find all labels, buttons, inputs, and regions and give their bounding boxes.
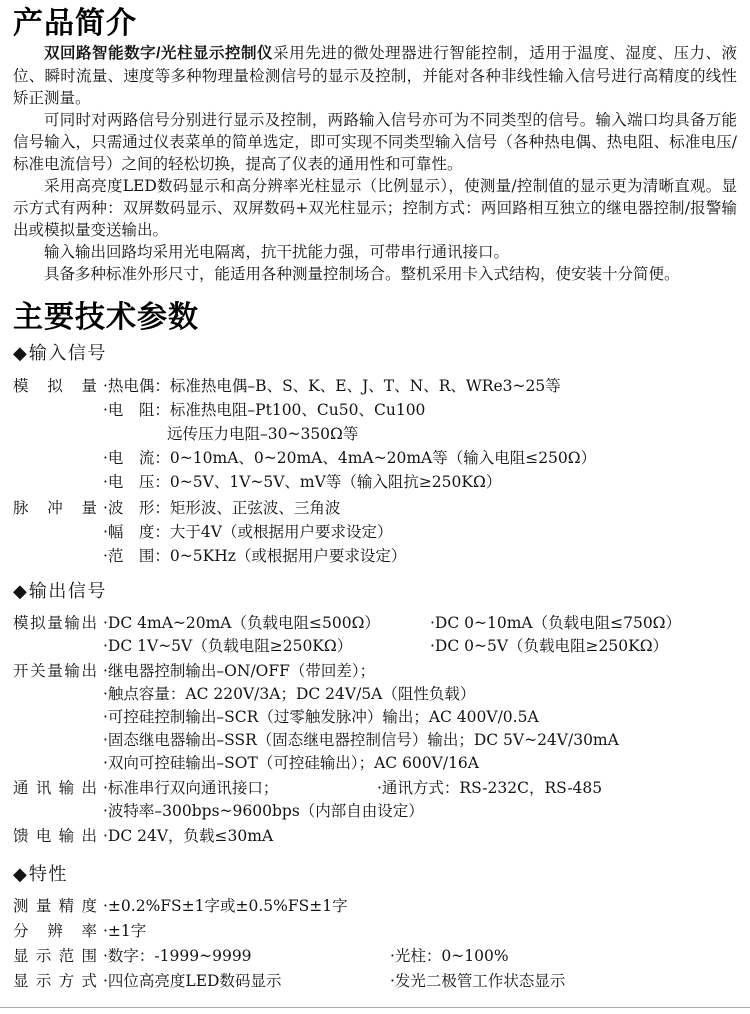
spec-group-pulse: 脉冲量 ·波 形：矩形波、正弦波、三角波 ·幅 度：大于4V（或根据用户要求设定… bbox=[13, 496, 737, 568]
spec-item-text: 远传压力电阻–30~350Ω等 bbox=[167, 422, 737, 446]
input-signal-heading: ◆输入信号 bbox=[13, 342, 737, 366]
spec-item: ·继电器控制输出–ON/OFF（带回差）； bbox=[103, 660, 737, 683]
spec-item-text: ·双向可控硅输出–SOT（可控硅输出）；AC 600V/16A bbox=[103, 752, 737, 775]
section-heading-label: 输出信号 bbox=[29, 581, 107, 602]
tech-params-title: 主要技术参数 bbox=[13, 300, 737, 336]
spec-group-accuracy: 测量精度 ·±0.2%FS±1字或±0.5%FS±1字 bbox=[13, 895, 737, 918]
spec-item: ·电 阻：标准热电阻–Pt100、Cu50、Cu100 bbox=[103, 398, 737, 422]
diamond-icon: ◆ bbox=[13, 343, 29, 364]
input-signal-section: ◆输入信号 模拟量 ·热电偶：标准热电偶–B、S、K、E、J、T、N、R、WRe… bbox=[13, 342, 737, 568]
spec-item: ·±1字 bbox=[103, 920, 737, 943]
spec-group-items: ·±0.2%FS±1字或±0.5%FS±1字 bbox=[103, 895, 737, 918]
spec-item: ·固态继电器输出–SSR（固态继电器控制信号）输出；DC 5V~24V/30mA bbox=[103, 729, 737, 752]
spec-item: ·电 压：0~5V、1V~5V、mV等（输入阻抗≥250KΩ） bbox=[103, 470, 737, 494]
spec-item-text: ·可控硅控制输出–SCR（过零触发脉冲）输出；AC 400V/0.5A bbox=[103, 706, 737, 729]
spec-group-label: 馈电输出 bbox=[13, 825, 97, 848]
spec-item-text: ·范 围：0~5KHz（或根据用户要求设定） bbox=[103, 544, 737, 568]
spec-item-text: ·DC 24V，负载≤30mA bbox=[103, 825, 737, 848]
spec-item: ·触点容量：AC 220V/3A；DC 24V/5A（阻性负载） bbox=[103, 683, 737, 706]
features-heading: ◆特性 bbox=[13, 863, 737, 887]
spec-group-items: ·DC 24V，负载≤30mA bbox=[103, 825, 737, 848]
spec-group-comm-output: 通讯输出 ·标准串行双向通讯接口； ·通讯方式：RS-232C，RS-485 ·… bbox=[13, 777, 737, 823]
spec-group-display-mode: 显示方式 ·四位高亮度LED数码显示 ·发光二极管工作状态显示 bbox=[13, 970, 737, 993]
spec-item-text-col2: ·发光二极管工作状态显示 bbox=[390, 970, 737, 993]
spec-group-items: ·标准串行双向通讯接口； ·通讯方式：RS-232C，RS-485 ·波特率–3… bbox=[103, 777, 737, 823]
spec-item-text: ·幅 度：大于4V（或根据用户要求设定） bbox=[103, 520, 737, 544]
spec-item-text: ·波 形：矩形波、正弦波、三角波 bbox=[103, 496, 737, 520]
features-section: ◆特性 测量精度 ·±0.2%FS±1字或±0.5%FS±1字 分辨率 ·±1字… bbox=[13, 863, 737, 993]
spec-group-label: 显示方式 bbox=[13, 970, 97, 993]
intro-section: 产品简介 双回路智能数字/光柱显示控制仪采用先进的微处理器进行智能控制，适用于温… bbox=[13, 6, 737, 285]
spec-item: ·双向可控硅输出–SOT（可控硅输出）；AC 600V/16A bbox=[103, 752, 737, 775]
spec-item-text: ·继电器控制输出–ON/OFF（带回差）； bbox=[103, 660, 737, 683]
spec-group-analog: 模拟量 ·热电偶：标准热电偶–B、S、K、E、J、T、N、R、WRe3~25等 … bbox=[13, 374, 737, 494]
spec-group-items: ·±1字 bbox=[103, 920, 737, 943]
spec-item-text: ·波特率–300bps~9600bps（内部自由设定） bbox=[103, 800, 737, 823]
section-heading-label: 输入信号 bbox=[29, 343, 107, 364]
spec-item: ·DC 4mA~20mA（负载电阻≤500Ω） ·DC 0~10mA（负载电阻≤… bbox=[103, 612, 737, 635]
spec-item-text: ·电 流：0~10mA、0~20mA、4mA~20mA等（输入电阻≤250Ω） bbox=[103, 446, 737, 470]
spec-item-text-col2: ·DC 0~10mA（负载电阻≤750Ω） bbox=[430, 612, 737, 635]
spec-item: ·热电偶：标准热电偶–B、S、K、E、J、T、N、R、WRe3~25等 bbox=[103, 374, 737, 398]
spec-item: ·标准串行双向通讯接口； ·通讯方式：RS-232C，RS-485 bbox=[103, 777, 737, 800]
spec-item: ·DC 24V，负载≤30mA bbox=[103, 825, 737, 848]
spec-item: ·DC 1V~5V（负载电阻≥250KΩ） ·DC 0~5V（负载电阻≥250K… bbox=[103, 635, 737, 658]
document-page: 产品简介 双回路智能数字/光柱显示控制仪采用先进的微处理器进行智能控制，适用于温… bbox=[0, 0, 750, 993]
spec-group-feed-output: 馈电输出 ·DC 24V，负载≤30mA bbox=[13, 825, 737, 848]
spec-group-label: 脉冲量 bbox=[13, 496, 97, 520]
spec-item: ·波特率–300bps~9600bps（内部自由设定） bbox=[103, 800, 737, 823]
spec-group-switch-output: 开关量输出 ·继电器控制输出–ON/OFF（带回差）； ·触点容量：AC 220… bbox=[13, 660, 737, 775]
spec-item-text-col2: ·通讯方式：RS-232C，RS-485 bbox=[377, 777, 737, 800]
intro-title: 产品简介 bbox=[13, 6, 737, 42]
spec-item: ·波 形：矩形波、正弦波、三角波 bbox=[103, 496, 737, 520]
spec-item-text-col2: ·光柱：0~100% bbox=[390, 945, 737, 968]
spec-item: ·四位高亮度LED数码显示 ·发光二极管工作状态显示 bbox=[103, 970, 737, 993]
output-signal-heading: ◆输出信号 bbox=[13, 580, 737, 604]
section-heading-label: 特性 bbox=[29, 864, 68, 885]
spec-item-text: ·数字：-1999~9999 bbox=[103, 945, 390, 968]
spec-item: ·电 流：0~10mA、0~20mA、4mA~20mA等（输入电阻≤250Ω） bbox=[103, 446, 737, 470]
spec-group-items: ·四位高亮度LED数码显示 ·发光二极管工作状态显示 bbox=[103, 970, 737, 993]
diamond-icon: ◆ bbox=[13, 864, 29, 885]
spec-item-text: ·标准串行双向通讯接口； bbox=[103, 777, 377, 800]
spec-item: ·幅 度：大于4V（或根据用户要求设定） bbox=[103, 520, 737, 544]
spec-item-text: ·电 压：0~5V、1V~5V、mV等（输入阻抗≥250KΩ） bbox=[103, 470, 737, 494]
intro-lead-paragraph: 双回路智能数字/光柱显示控制仪采用先进的微处理器进行智能控制，适用于温度、湿度、… bbox=[13, 42, 737, 109]
intro-paragraph: 采用高亮度LED数码显示和高分辨率光柱显示（比例显示），使测量/控制值的显示更为… bbox=[13, 175, 737, 241]
spec-group-label: 分辨率 bbox=[13, 920, 97, 943]
spec-group-label: 测量精度 bbox=[13, 895, 97, 918]
spec-group-label: 模拟量 bbox=[13, 374, 97, 398]
spec-item-text: ·电 阻：标准热电阻–Pt100、Cu50、Cu100 bbox=[103, 398, 737, 422]
spec-item-text: ·DC 4mA~20mA（负载电阻≤500Ω） bbox=[103, 612, 430, 635]
spec-item: ·±0.2%FS±1字或±0.5%FS±1字 bbox=[103, 895, 737, 918]
spec-group-label: 开关量输出 bbox=[13, 660, 97, 683]
product-name: 双回路智能数字/光柱显示控制仪 bbox=[44, 45, 273, 62]
spec-group-resolution: 分辨率 ·±1字 bbox=[13, 920, 737, 943]
page-bottom-divider bbox=[0, 1007, 750, 1008]
spec-group-analog-output: 模拟量输出 ·DC 4mA~20mA（负载电阻≤500Ω） ·DC 0~10mA… bbox=[13, 612, 737, 658]
output-signal-section: ◆输出信号 模拟量输出 ·DC 4mA~20mA（负载电阻≤500Ω） ·DC … bbox=[13, 580, 737, 848]
spec-group-label: 通讯输出 bbox=[13, 777, 97, 800]
intro-paragraph: 可同时对两路信号分别进行显示及控制，两路输入信号亦可为不同类型的信号。输入端口均… bbox=[13, 109, 737, 175]
intro-paragraph: 输入输出回路均采用光电隔离，抗干扰能力强，可带串行通讯接口。 bbox=[13, 241, 737, 263]
spec-item-text: ·±0.2%FS±1字或±0.5%FS±1字 bbox=[103, 895, 737, 918]
spec-group-label: 显示范围 bbox=[13, 945, 97, 968]
spec-item-text: ·触点容量：AC 220V/3A；DC 24V/5A（阻性负载） bbox=[103, 683, 737, 706]
spec-group-items: ·波 形：矩形波、正弦波、三角波 ·幅 度：大于4V（或根据用户要求设定） ·范… bbox=[103, 496, 737, 568]
spec-item-text: ·DC 1V~5V（负载电阻≥250KΩ） bbox=[103, 635, 430, 658]
spec-item-text: ·热电偶：标准热电偶–B、S、K、E、J、T、N、R、WRe3~25等 bbox=[103, 374, 737, 398]
intro-paragraph: 具备多种标准外形尺寸，能适用各种测量控制场合。整机采用卡入式结构，使安装十分简便… bbox=[13, 263, 737, 285]
spec-item: ·可控硅控制输出–SCR（过零触发脉冲）输出；AC 400V/0.5A bbox=[103, 706, 737, 729]
spec-item: ·数字：-1999~9999 ·光柱：0~100% bbox=[103, 945, 737, 968]
spec-item-text: ·四位高亮度LED数码显示 bbox=[103, 970, 390, 993]
spec-group-items: ·DC 4mA~20mA（负载电阻≤500Ω） ·DC 0~10mA（负载电阻≤… bbox=[103, 612, 737, 658]
spec-group-items: ·热电偶：标准热电偶–B、S、K、E、J、T、N、R、WRe3~25等 ·电 阻… bbox=[103, 374, 737, 494]
diamond-icon: ◆ bbox=[13, 581, 29, 602]
spec-item: ·范 围：0~5KHz（或根据用户要求设定） bbox=[103, 544, 737, 568]
spec-group-label: 模拟量输出 bbox=[13, 612, 97, 635]
spec-item-text-col2: ·DC 0~5V（负载电阻≥250KΩ） bbox=[430, 635, 737, 658]
spec-group-items: ·继电器控制输出–ON/OFF（带回差）； ·触点容量：AC 220V/3A；D… bbox=[103, 660, 737, 775]
spec-group-items: ·数字：-1999~9999 ·光柱：0~100% bbox=[103, 945, 737, 968]
spec-group-display-range: 显示范围 ·数字：-1999~9999 ·光柱：0~100% bbox=[13, 945, 737, 968]
spec-item-text: ·±1字 bbox=[103, 920, 737, 943]
spec-item-text: ·固态继电器输出–SSR（固态继电器控制信号）输出；DC 5V~24V/30mA bbox=[103, 729, 737, 752]
spec-item: 远传压力电阻–30~350Ω等 bbox=[103, 422, 737, 446]
